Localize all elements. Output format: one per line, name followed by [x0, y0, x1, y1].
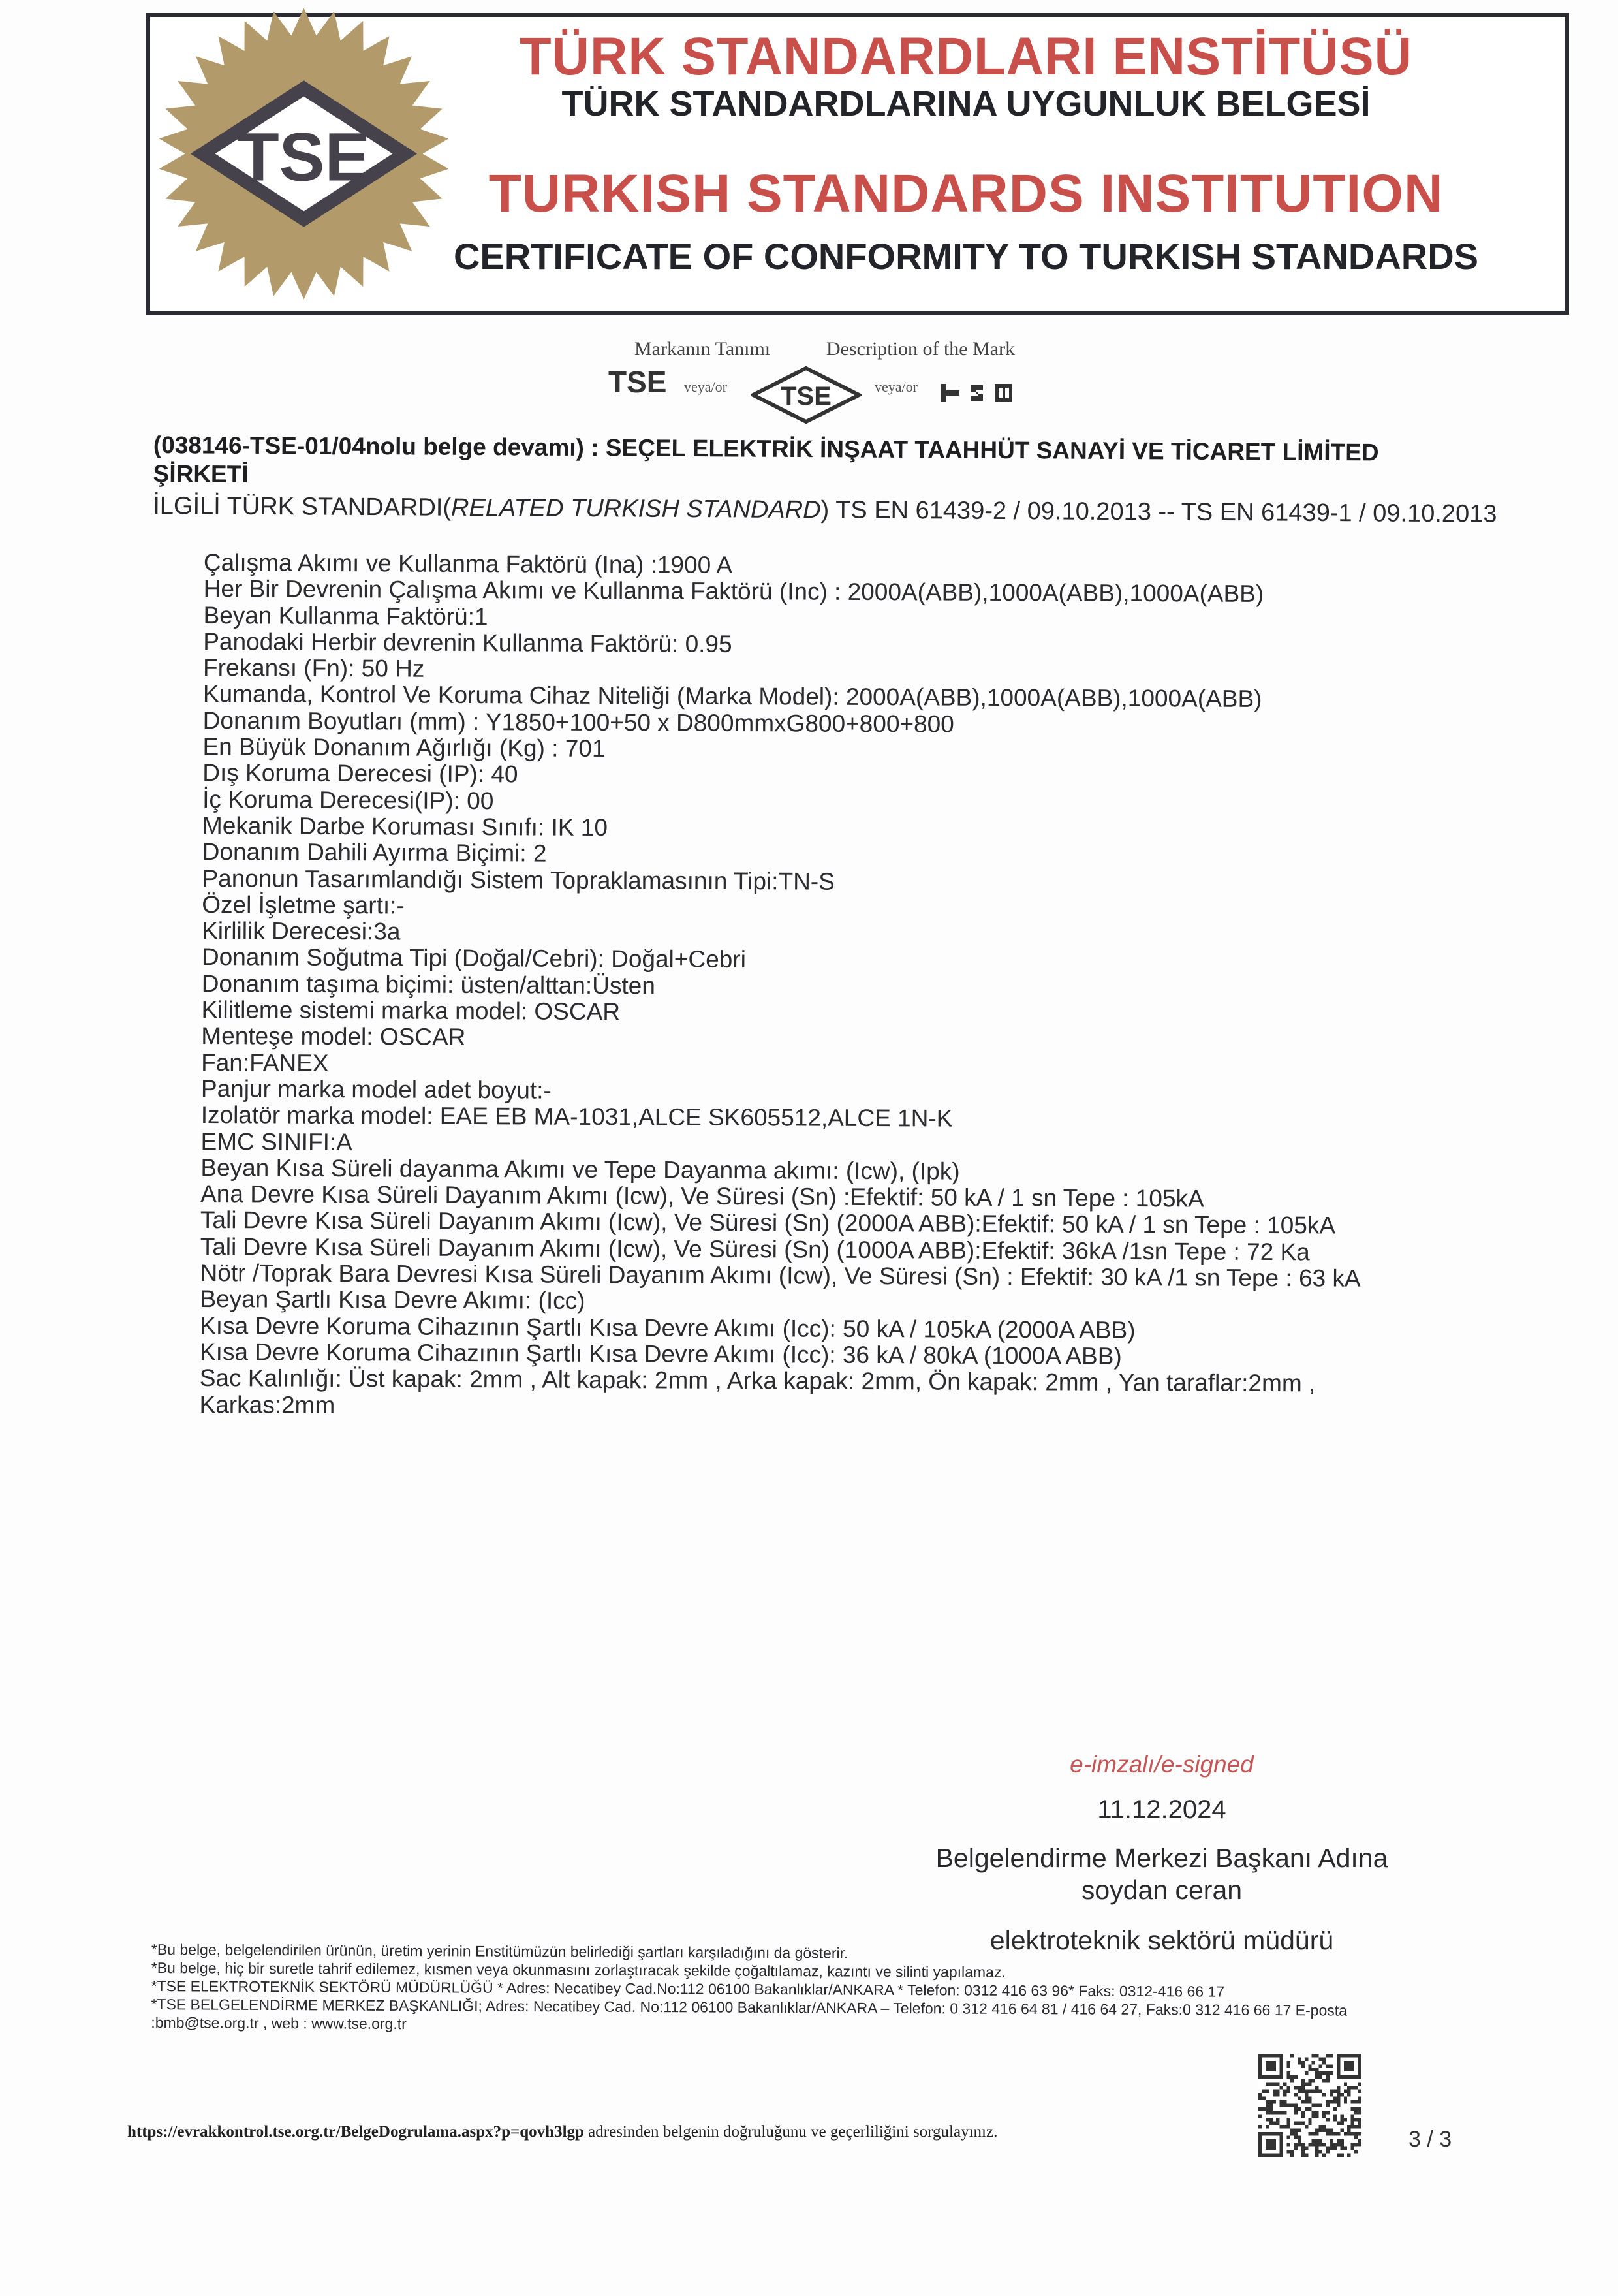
- tse-diamond-icon: TSE: [751, 366, 862, 424]
- mark-or-1: veya/or: [684, 379, 727, 396]
- certificate-reference: (038146-TSE-01/04nolu belge devamı) : SE…: [153, 431, 1446, 496]
- related-standard: İLGİLİ TÜRK STANDARDI(RELATED TURKISH ST…: [153, 490, 1556, 531]
- title-turkish: TÜRK STANDARDLARI ENSTİTÜSÜ: [384, 26, 1549, 87]
- title-english: TURKISH STANDARDS INSTITUTION: [366, 163, 1566, 225]
- svg-text:TSE: TSE: [781, 382, 832, 411]
- signature-date: 11.12.2024: [901, 1795, 1423, 1825]
- signature-block: e-imzalı/e-signed 11.12.2024 Belgelendir…: [901, 1743, 1423, 1956]
- signatory-title: Belgelendirme Merkezi Başkanı Adına: [901, 1843, 1423, 1874]
- mark-or-2: veya/or: [875, 379, 918, 396]
- footnotes: *Bu belge, belgelendirilen ürünün, üreti…: [151, 1940, 1522, 2039]
- reference-section: (038146-TSE-01/04nolu belge devamı) : SE…: [153, 431, 1557, 531]
- mark-label-en: Description of the Mark: [826, 338, 1015, 360]
- mark-label-tr: Markanın Tanımı: [634, 338, 770, 360]
- signatory-name: soydan ceran: [901, 1875, 1423, 1906]
- specification-list: Çalışma Akımı ve Kullanma Faktörü (Ina) …: [200, 550, 1574, 1424]
- mark-variant-text: TSE: [608, 364, 666, 400]
- qr-code-icon[interactable]: [1258, 2054, 1361, 2157]
- subtitle-english: CERTIFICATE OF CONFORMITY TO TURKISH STA…: [366, 235, 1566, 277]
- verification-link[interactable]: https://evrakkontrol.tse.org.tr/BelgeDog…: [127, 2123, 584, 2141]
- spec-line: Sac Kalınlığı: Üst kapak: 2mm , Alt kapa…: [200, 1365, 1420, 1424]
- svg-text:TSE: TSE: [238, 119, 371, 195]
- subtitle-turkish: TÜRK STANDARDLARINA UYGUNLUK BELGESİ: [366, 84, 1566, 124]
- verification-line: https://evrakkontrol.tse.org.tr/BelgeDog…: [127, 2123, 997, 2141]
- page-number: 3 / 3: [1408, 2127, 1452, 2152]
- mark-description: Markanın Tanımı Description of the Mark …: [600, 333, 1057, 418]
- e-signed-label: e-imzalı/e-signed: [901, 1751, 1423, 1778]
- tse-rotated-mark-icon: [940, 380, 1018, 406]
